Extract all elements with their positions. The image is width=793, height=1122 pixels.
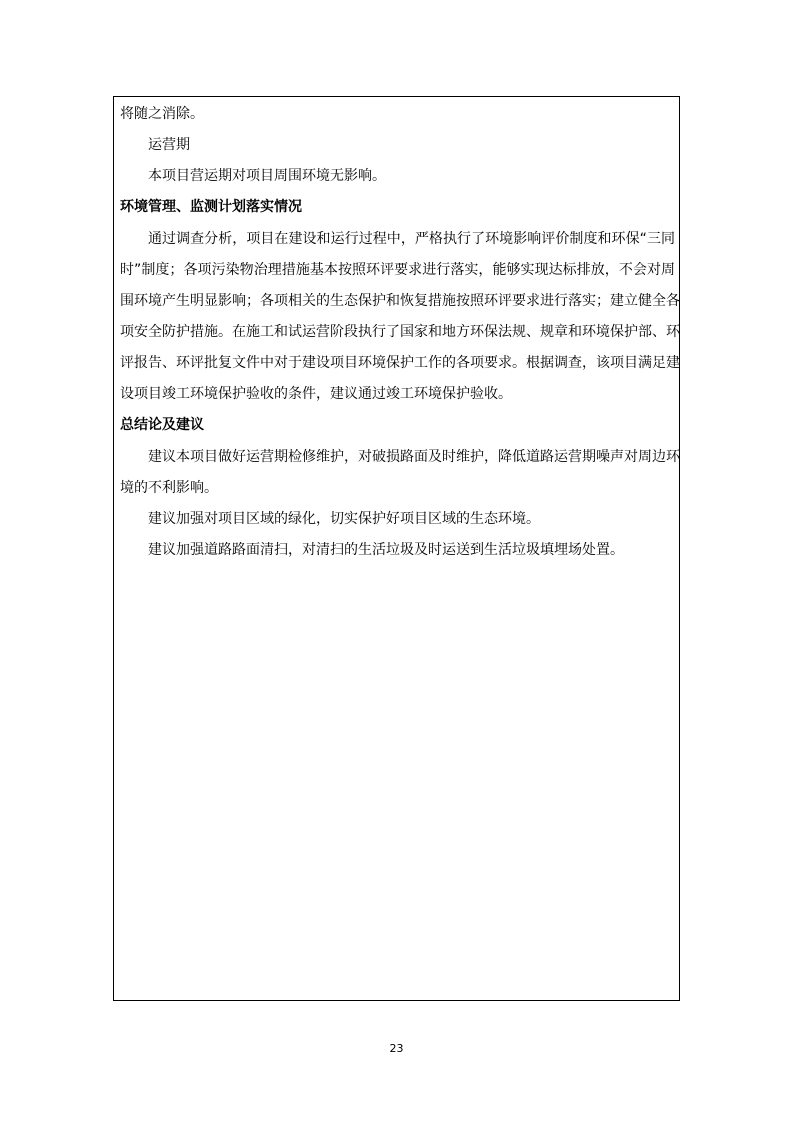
paragraph-line: 建议本项目做好运营期检修维护，对破损路面及时维护，降低道路运营期噪声对周边环 (148, 449, 675, 465)
subheading-operation-period: 运营期 (148, 137, 190, 153)
paragraph-line: 围环境产生明显影响；各项相关的生态保护和恢复措施按照环评要求进行落实；建立健全各 (120, 293, 675, 309)
paragraph-line: 建议加强道路路面清扫，对清扫的生活垃圾及时运送到生活垃圾填埋场处置。 (148, 542, 624, 558)
section-heading-env-management: 环境管理、监测计划落实情况 (120, 199, 302, 215)
paragraph-line: 项安全防护措施。在施工和试运营阶段执行了国家和地方环保法规、规章和环境保护部、环 (120, 324, 675, 340)
paragraph-line: 建议加强对项目区域的绿化，切实保护好项目区域的生态环境。 (148, 511, 540, 527)
paragraph-line: 通过调查分析，项目在建设和运行过程中，严格执行了环境影响评价制度和环保“三同 (148, 231, 675, 247)
paragraph-line: 时”制度；各项污染物治理措施基本按照环评要求进行落实，能够实现达标排放，不会对周 (120, 262, 675, 278)
content-table-cell: 将随之消除。 运营期 本项目营运期对项目周围环境无影响。 环境管理、监测计划落实… (113, 96, 680, 1001)
section-heading-conclusion: 总结论及建议 (120, 417, 204, 433)
paragraph-line: 设项目竣工环境保护验收的条件，建议通过竣工环境保护验收。 (120, 386, 512, 402)
paragraph-line: 评报告、环评批复文件中对于建设项目环境保护工作的各项要求。根据调查，该项目满足建 (120, 355, 675, 371)
page-number: 23 (0, 1042, 793, 1055)
text-line: 将随之消除。 (120, 106, 204, 122)
paragraph-line: 境的不利影响。 (120, 480, 218, 496)
text-line: 本项目营运期对项目周围环境无影响。 (148, 168, 386, 184)
